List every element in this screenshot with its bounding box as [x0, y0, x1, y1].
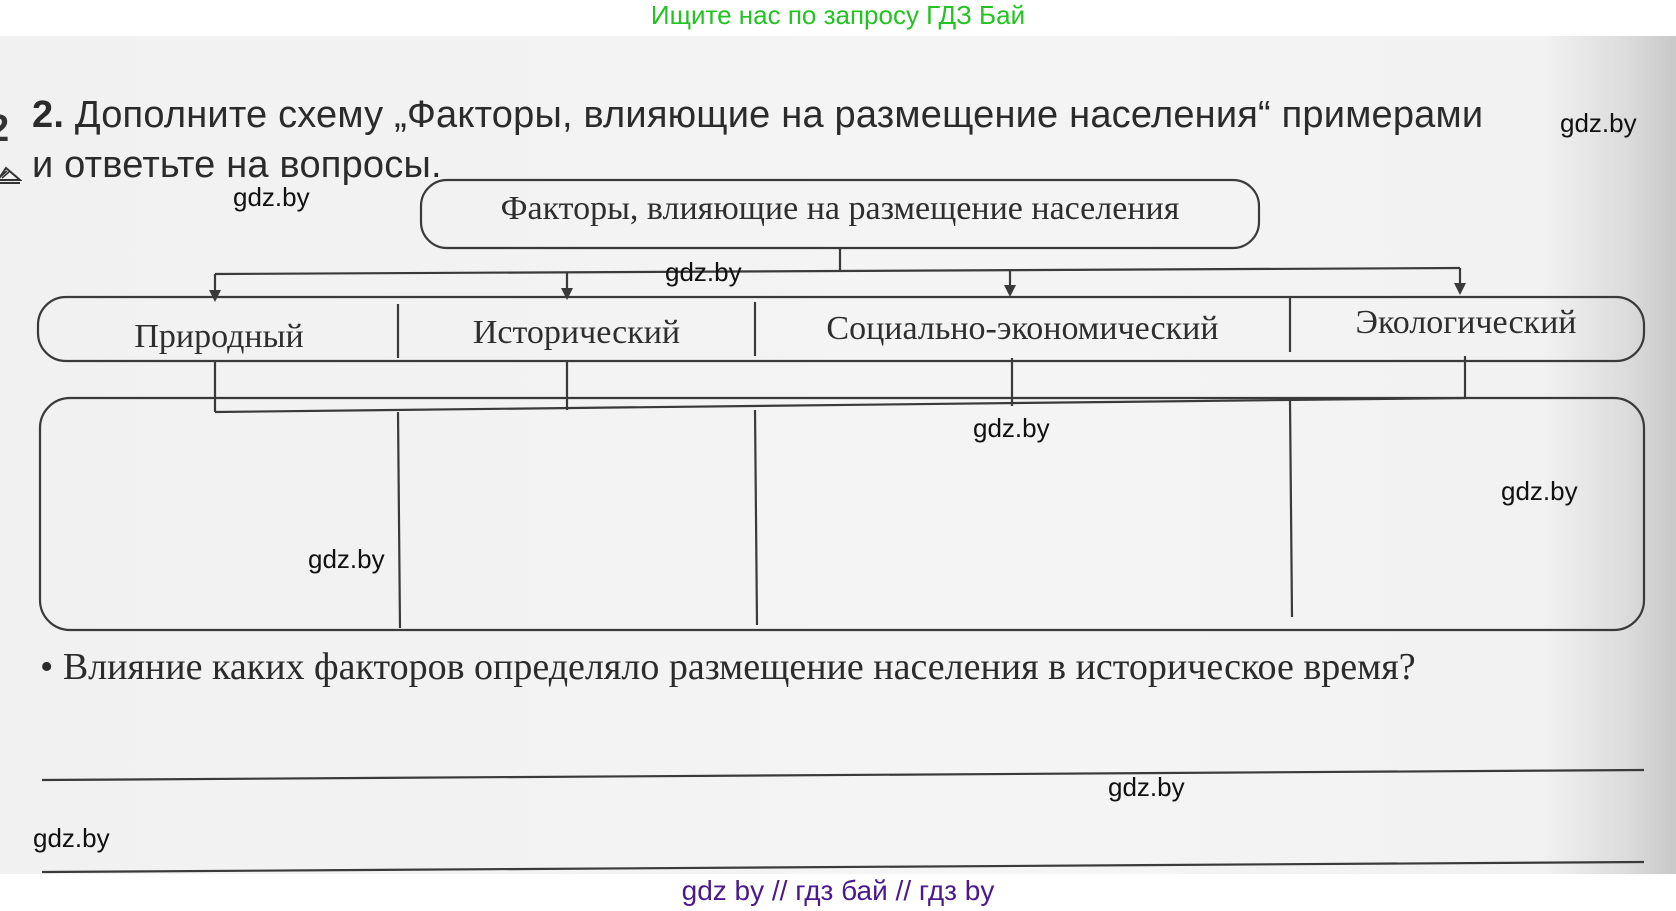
question: • Влияние каких факторов определяло разм… — [40, 645, 1416, 689]
factor-natural: Природный — [40, 318, 398, 356]
bullet: • — [40, 646, 53, 688]
question-text: Влияние каких факторов определяло размещ… — [63, 646, 1416, 688]
answer-cell-natural[interactable] — [42, 430, 398, 620]
watermark: gdz.by — [1108, 772, 1185, 803]
diagram-root-label: Факторы, влияющие на размещение населени… — [421, 190, 1259, 228]
factor-historical: Исторический — [398, 314, 755, 352]
footer-watermark: gdz by // гдз бай // гдз by — [0, 874, 1676, 908]
watermark: gdz.by — [973, 413, 1050, 444]
factor-socio-economic: Социально-экономический — [755, 310, 1290, 348]
watermark: gdz.by — [1560, 108, 1637, 139]
answer-cell-historical[interactable] — [400, 430, 755, 620]
answer-cell-socio-economic[interactable] — [757, 430, 1290, 620]
watermark: gdz.by — [1501, 476, 1578, 507]
watermark: gdz.by — [233, 182, 310, 213]
answer-line-1[interactable] — [42, 735, 1642, 775]
answer-line-2[interactable] — [42, 827, 1642, 867]
factor-ecological: Экологический — [1290, 304, 1642, 342]
watermark: gdz.by — [308, 544, 385, 575]
answer-cell-ecological[interactable] — [1292, 420, 1642, 610]
watermark: gdz.by — [665, 257, 742, 288]
watermark: gdz.by — [33, 823, 110, 854]
